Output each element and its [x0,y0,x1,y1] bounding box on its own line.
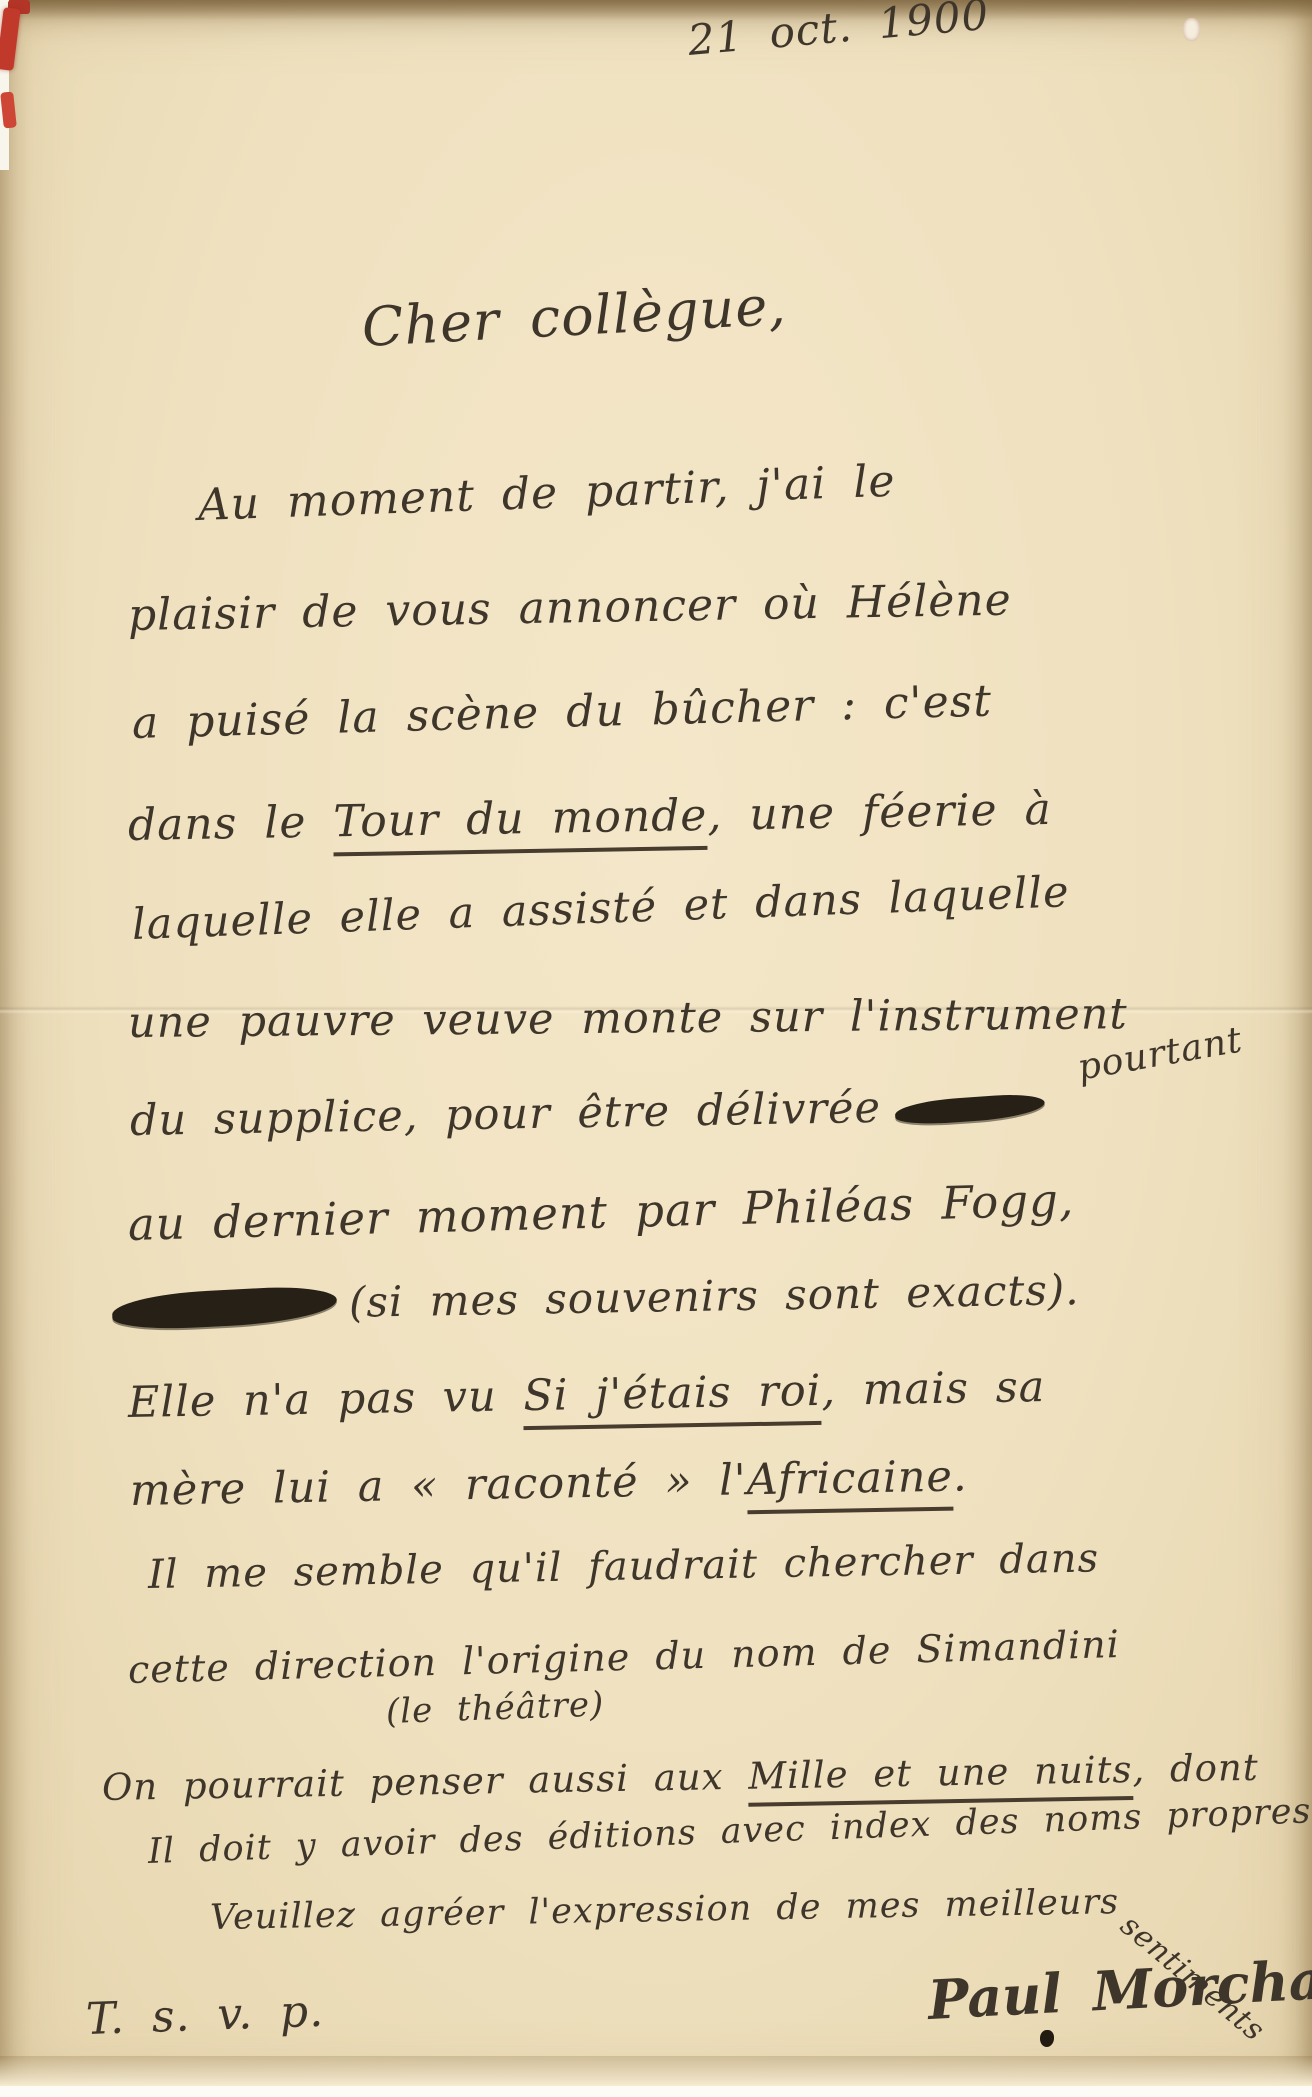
letter-line-9: (si mes souvenirs sont exacts). [112,1265,1080,1331]
line-7-text: du supplice, pour être délivrée [130,1083,882,1146]
letter-line-2: plaisir de vous annoncer où Hélène [128,575,1013,641]
line-11-text: mère lui a « raconté » l' [130,1455,748,1516]
line-4-text: dans le [128,796,334,851]
underlined-title-tour-du-monde: Tour du monde [333,790,708,857]
closing-line: Veuillez agréer l'expression de mes meil… [210,1882,1120,1938]
line-14-text: On pourrait penser aussi aux [102,1755,749,1809]
salutation: Cher collègue, [360,274,787,359]
paper-damage-red-2 [0,91,17,128]
line-14-text-end: , dont [1132,1746,1259,1791]
letter-line-5: laquelle elle a assisté et dans laquelle [131,867,1070,950]
ink-spot [1040,2030,1054,2047]
line-11-text-end: . [952,1451,968,1501]
underlined-title-si-jetais-roi: Si j'étais roi [523,1366,822,1430]
letter-line-12: Il me semble qu'il faudrait chercher dan… [148,1535,1100,1598]
line-10-text-end: , mais sa [821,1362,1046,1416]
postscript-tsvp: T. s. v. p. [85,1986,325,2045]
letter-line-3: a puisé la scène du bûcher : c'est [131,675,992,749]
letter-line-6: une pauvre veuve monte sur l'instrument [128,989,1128,1048]
letter-line-1: Au moment de partir, j'ai le [197,456,896,531]
top-edge-shadow [0,0,1312,20]
underlined-title-mille-et-une-nuits: Mille et une nuits [748,1748,1133,1807]
bottom-edge-band [0,2056,1312,2086]
letter-line-10: Elle n'a pas vu Si j'étais roi, mais sa [128,1362,1046,1428]
line-9-text: (si mes souvenirs sont exacts). [349,1265,1080,1327]
letter-line-13: cette direction l'origine du nom de Sima… [127,1622,1120,1692]
letter-line-4: dans le Tour du monde, une féerie à [128,784,1053,851]
paper-damage-red-1 [0,7,21,71]
line-13-text: cette direction [127,1639,462,1692]
line-10-text: Elle n'a pas vu [128,1371,524,1428]
paper-chip [1183,18,1200,41]
line-13-text-2: l'origine du nom de Simandini [461,1622,1120,1683]
strikeout-mark-2 [111,1284,338,1332]
bottom-edge-white [0,2086,1312,2097]
letter-page: 21 oct. 1900 Cher collègue, Au moment de… [0,0,1312,2097]
letter-line-11: mère lui a « raconté » l'Africaine. [130,1451,968,1516]
line-4-text-end: , une féerie à [707,784,1052,841]
letter-line-8: au dernier moment par Philéas Fogg, [127,1173,1075,1251]
insertion-le-theatre: (le théâtre) [385,1684,605,1732]
letter-line-7: du supplice, pour être délivrée [130,1080,1046,1146]
strikeout-mark-1 [894,1092,1045,1126]
underlined-title-africaine: Africaine [746,1452,953,1515]
